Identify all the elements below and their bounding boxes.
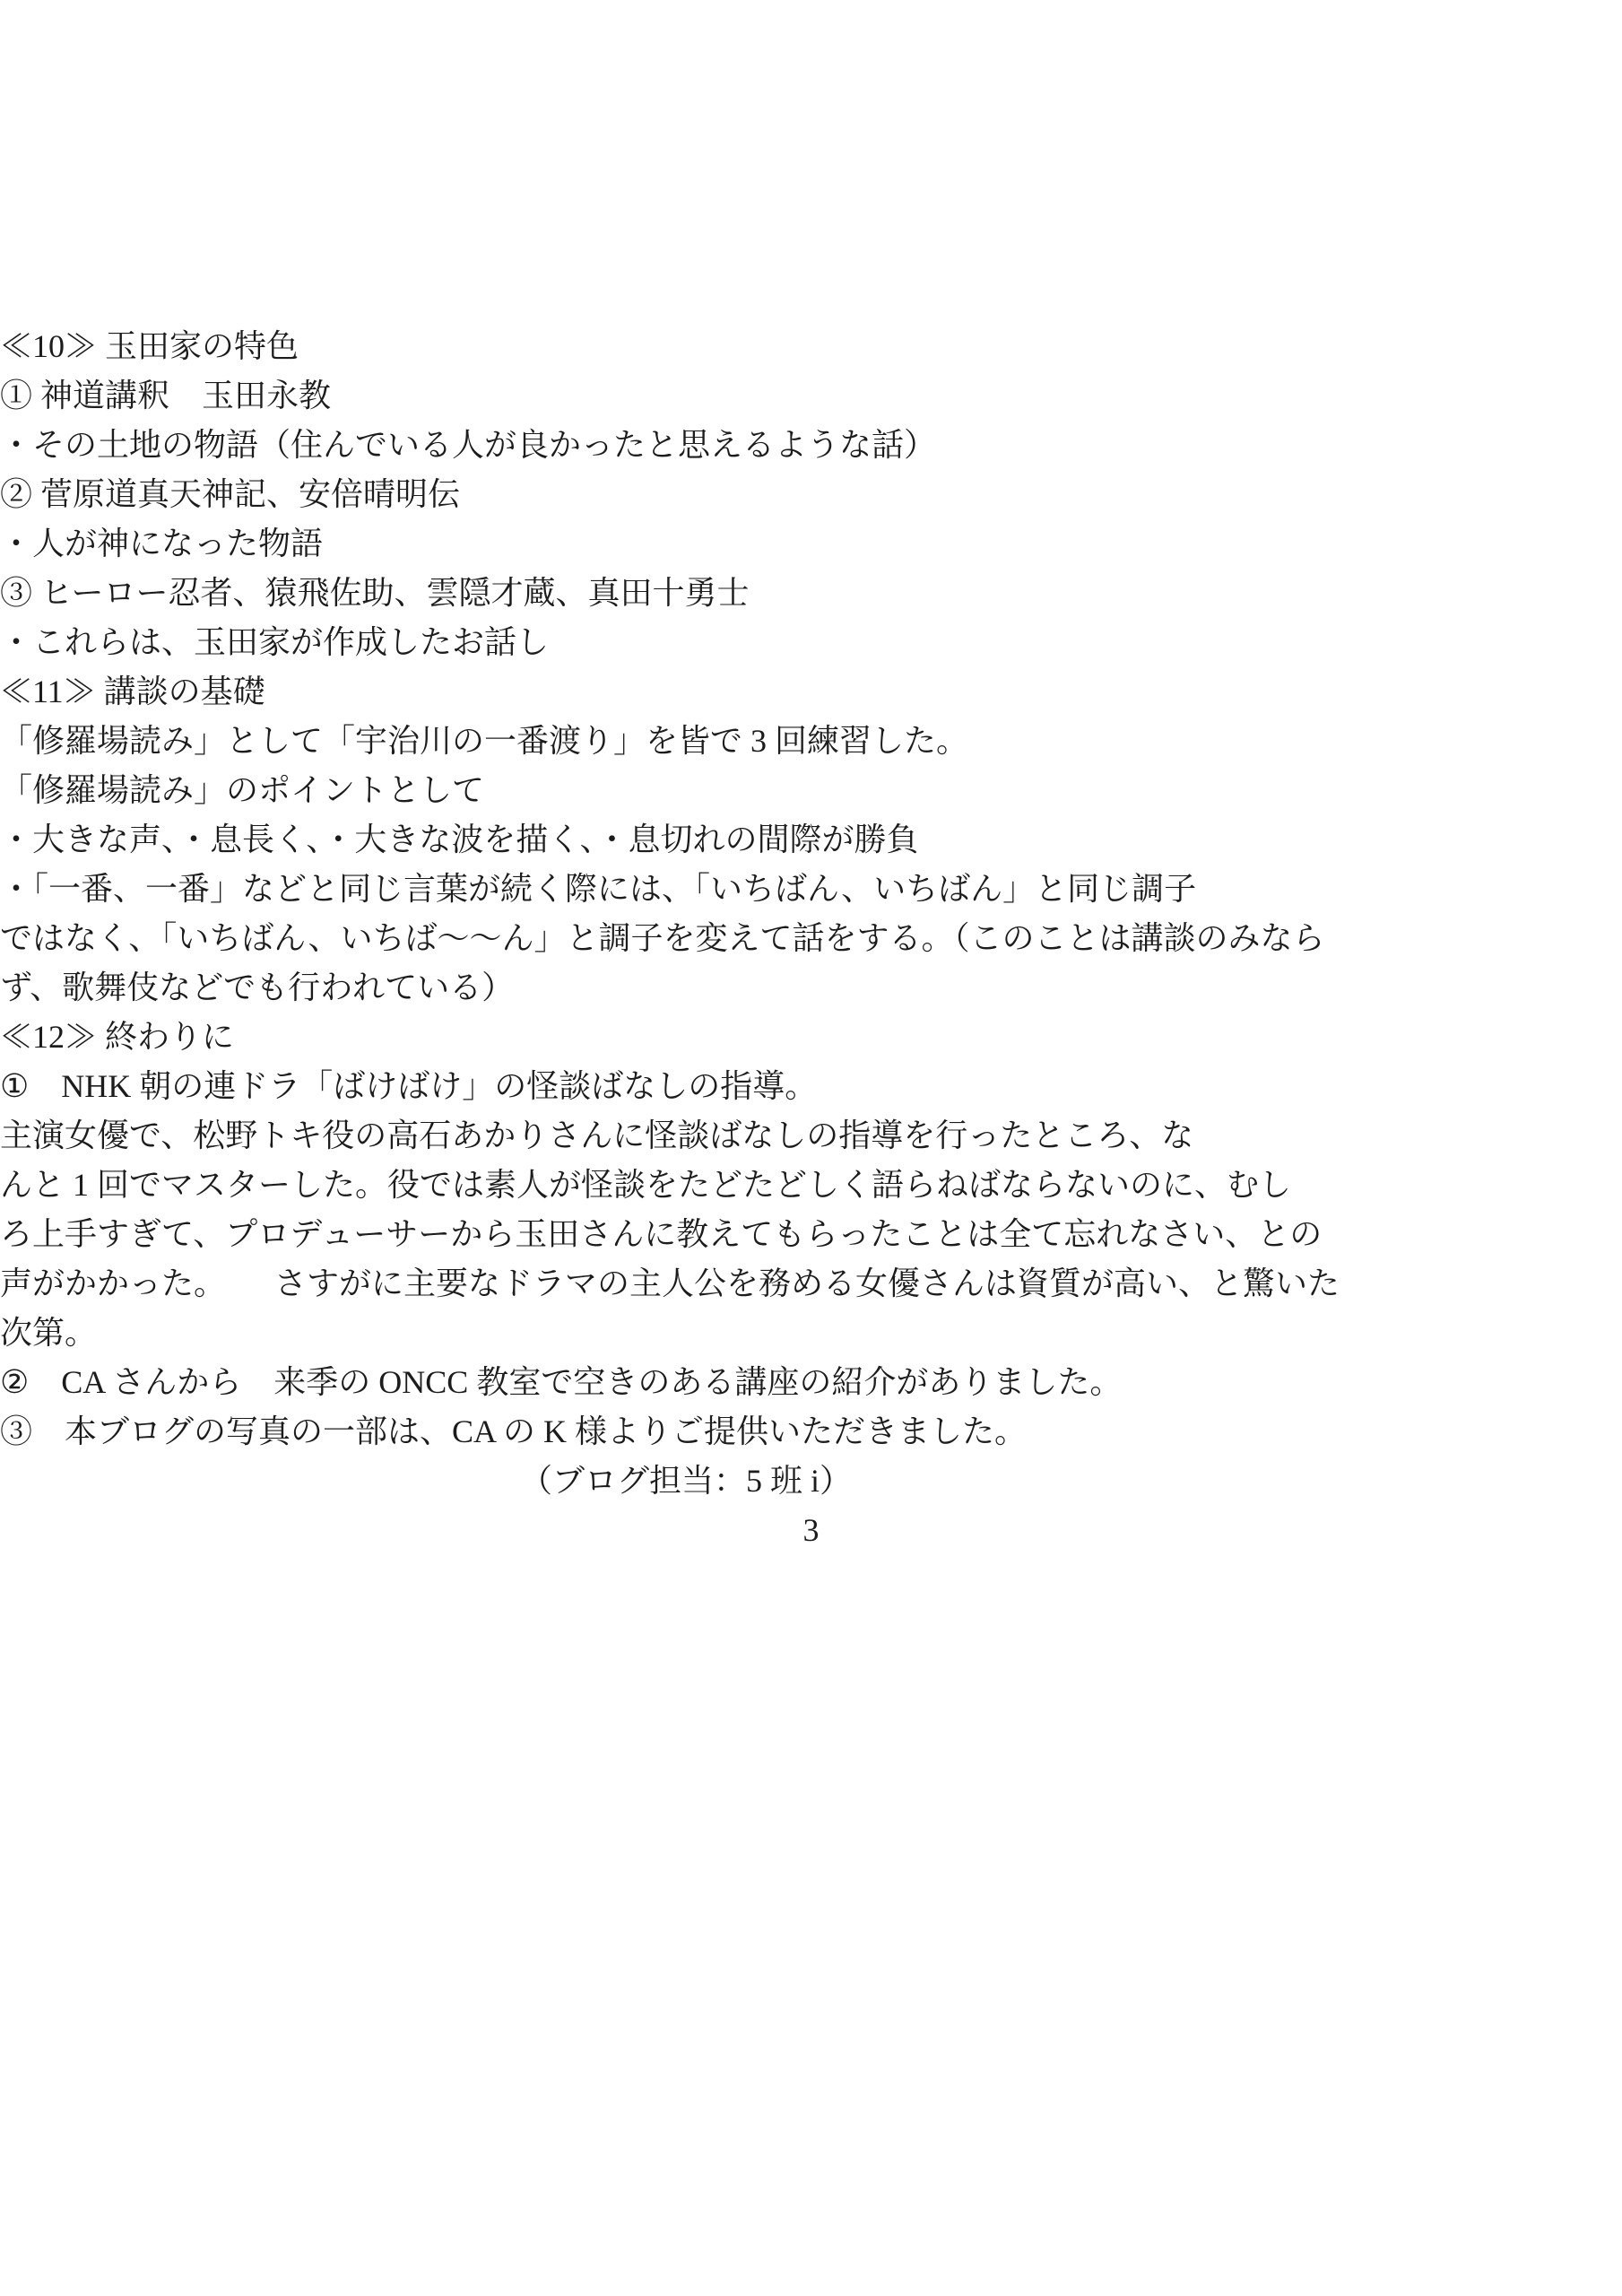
paragraph-line: 「修羅場読み」のポイントとして (0, 766, 1622, 815)
bullet-item: ・人が神になった物語 (0, 519, 1622, 569)
paragraph-line: ろ上手すぎて、プロデューサーから玉田さんに教えてもらったことは全て忘れなさい、と… (0, 1210, 1622, 1259)
paragraph-line: ず、歌舞伎などでも行われている） (0, 963, 1622, 1013)
paragraph-line: ではなく、「いちばん、いちば～～ん」と調子を変えて話をする。（このことは講談のみ… (0, 914, 1622, 963)
list-item-3: ③ 本ブログの写真の一部は、CA の K 様よりご提供いただきました。 (0, 1407, 1622, 1457)
paragraph-line: 「修羅場読み」として「宇治川の一番渡り」を皆で 3 回練習した。 (0, 717, 1622, 766)
bullet-item: ・その土地の物語（住んでいる人が良かったと思えるような話） (0, 421, 1622, 470)
section-heading-12: ≪12≫ 終わりに (0, 1013, 1622, 1062)
document-page: ≪10≫ 玉田家の特色 ① 神道講釈 玉田永教 ・その土地の物語（住んでいる人が… (0, 0, 1622, 2296)
page-number: 3 (0, 1506, 1622, 1555)
list-item-1: ① NHK 朝の連ドラ「ばけばけ」の怪談ばなしの指導。 (0, 1062, 1622, 1111)
paragraph-line: 声がかかった。 さすがに主要なドラマの主人公を務める女優さんは資質が高い、と驚い… (0, 1259, 1622, 1309)
blog-credit: （ブログ担当：5 班 i） (0, 1457, 1372, 1506)
paragraph-line: んと 1 回でマスターした。役では素人が怪談をたどたどしく語らねばならないのに、… (0, 1161, 1622, 1210)
bullet-item: ・「一番、一番」などと同じ言葉が続く際には、「いちばん、いちばん」と同じ調子 (0, 865, 1622, 914)
list-item-2: ② 菅原道真天神記、安倍晴明伝 (0, 470, 1622, 519)
bullet-item: ・これらは、玉田家が作成したお話し (0, 618, 1622, 667)
list-item-1: ① 神道講釈 玉田永教 (0, 371, 1622, 421)
paragraph-line: 次第。 (0, 1309, 1622, 1358)
paragraph-line: 主演女優で、松野トキ役の高石あかりさんに怪談ばなしの指導を行ったところ、な (0, 1111, 1622, 1161)
section-heading-10: ≪10≫ 玉田家の特色 (0, 322, 1622, 371)
bullet-item: ・大きな声、・息長く、・大きな波を描く、・息切れの間際が勝負 (0, 815, 1622, 865)
list-item-3: ③ ヒーロー忍者、猿飛佐助、雲隠才蔵、真田十勇士 (0, 569, 1622, 618)
section-heading-11: ≪11≫ 講談の基礎 (0, 667, 1622, 717)
list-item-2: ② CA さんから 来季の ONCC 教室で空きのある講座の紹介がありました。 (0, 1358, 1622, 1407)
document-body: ≪10≫ 玉田家の特色 ① 神道講釈 玉田永教 ・その土地の物語（住んでいる人が… (0, 0, 1622, 1555)
